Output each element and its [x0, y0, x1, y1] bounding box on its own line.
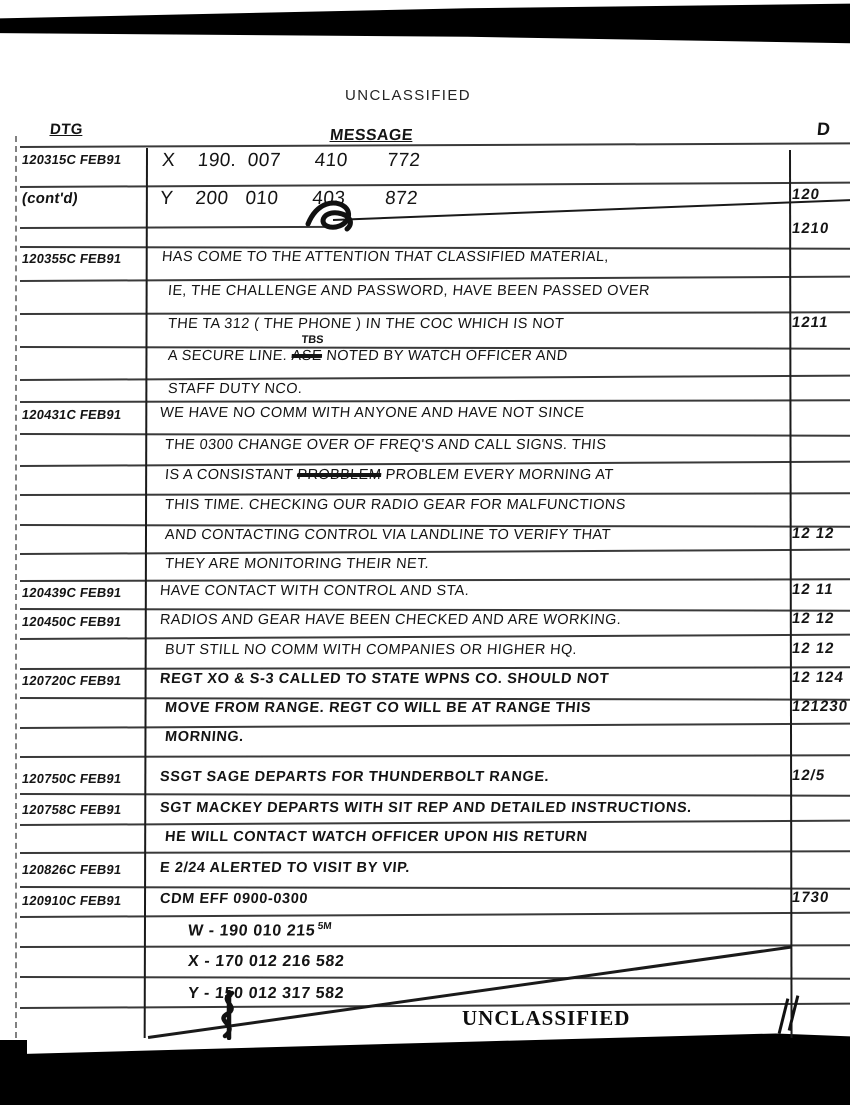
scan-artifact-bottom-band	[26, 1032, 850, 1105]
struck-out-word: ASE	[291, 348, 323, 364]
scan-artifact-top-band	[0, 0, 850, 46]
message-cell: IS A CONSISTANT PROBBLEM PROBLEM EVERY M…	[164, 467, 614, 483]
message-cell: CDM EFF 0900-0300	[159, 891, 308, 907]
ruled-line	[20, 311, 850, 315]
message-cell: REGT XO & S-3 CALLED TO STATE WPNS CO. S…	[159, 671, 610, 687]
dtg-cell: 120439C FEB91	[21, 585, 149, 600]
message-cell: SSGT SAGE DEPARTS FOR THUNDERBOLT RANGE.	[159, 769, 550, 785]
correction-superscript: TBS	[301, 334, 324, 346]
dtg-cell: 120450C FEB91	[21, 614, 149, 629]
message-cell: RADIOS AND GEAR HAVE BEEN CHECKED AND AR…	[159, 612, 622, 628]
right-dtg-fragment: 12 12	[791, 610, 850, 627]
message-cell: THEY ARE MONITORING THEIR NET.	[164, 556, 430, 572]
short-rule	[20, 226, 335, 229]
message-cell: WE HAVE NO COMM WITH ANYONE AND HAVE NOT…	[159, 405, 585, 421]
message-cell: STAFF DUTY NCO.	[167, 381, 303, 397]
ruled-line	[20, 182, 850, 188]
left-margin-line	[15, 136, 17, 1038]
ruled-line	[20, 276, 850, 282]
message-cell: THE TA 312 ( THE PHONE ) IN THE COC WHIC…	[167, 316, 564, 332]
dtg-cell: 120758C FEB91	[21, 802, 149, 817]
ink-scribble-bottom	[212, 990, 246, 1040]
dtg-cell: (cont'd)	[21, 190, 149, 207]
message-cell: Y - 150 012 317 582	[187, 985, 345, 1003]
ruled-line	[20, 944, 850, 948]
right-dtg-fragment: 12 11	[791, 581, 850, 598]
message-cell: X 190. 007 410 772	[161, 150, 421, 172]
right-dtg-fragment: 1210	[791, 220, 850, 237]
message-cell: X - 170 012 216 582	[187, 953, 345, 971]
dtg-cell: 120720C FEB91	[21, 673, 149, 688]
message-cell: HE WILL CONTACT WATCH OFFICER UPON HIS R…	[164, 829, 588, 845]
message-cell: SGT MACKEY DEPARTS WITH SIT REP AND DETA…	[159, 800, 692, 816]
right-dtg-fragment: 12 12	[791, 640, 850, 657]
dtg-cell: 120431C FEB91	[21, 407, 149, 422]
ruled-line	[20, 666, 850, 670]
message-cell: BUT STILL NO COMM WITH COMPANIES OR HIGH…	[164, 642, 577, 658]
ruled-line	[20, 850, 850, 854]
message-cell: W - 190 010 2155M	[187, 921, 332, 940]
message-cell: HAS COME TO THE ATTENTION THAT CLASSIFIE…	[161, 249, 609, 265]
dtg-cell: 120910C FEB91	[21, 893, 149, 908]
ruled-line	[20, 578, 850, 582]
struck-out-word: PROBBLEM	[297, 467, 382, 483]
ruled-line	[20, 399, 850, 403]
classification-banner-top: UNCLASSIFIED	[345, 87, 471, 104]
scan-artifact-corner-bar	[0, 1040, 27, 1105]
message-cell: A SECURE LINE. ASETBS NOTED BY WATCH OFF…	[167, 348, 568, 364]
dtg-cell: 120826C FEB91	[21, 862, 149, 877]
message-cell: E 2/24 ALERTED TO VISIT BY VIP.	[159, 860, 411, 876]
message-cell: THIS TIME. CHECKING OUR RADIO GEAR FOR M…	[164, 497, 626, 513]
message-cell: MOVE FROM RANGE. REGT CO WILL BE AT RANG…	[164, 700, 591, 716]
message-cell: IE, THE CHALLENGE AND PASSWORD, HAVE BEE…	[167, 283, 650, 299]
right-dtg-fragment: 12 12	[791, 525, 850, 542]
ruled-line	[20, 492, 850, 496]
ruled-line	[20, 754, 850, 758]
right-dtg-fragment: 12/5	[791, 767, 850, 784]
message-cell: Y 200 010 403 872	[159, 188, 419, 210]
column-header-right-partial: D	[816, 119, 831, 140]
dtg-cell: 120355C FEB91	[21, 251, 149, 266]
header-rule	[20, 142, 850, 148]
message-cell: THE 0300 CHANGE OVER OF FREQ'S AND CALL …	[164, 437, 607, 453]
scanned-log-page: UNCLASSIFIED UNCLASSIFIED DTG MESSAGE D …	[0, 0, 850, 1105]
classification-banner-bottom: UNCLASSIFIED	[462, 1006, 630, 1031]
superscript-suffix: 5M	[317, 921, 332, 932]
right-dtg-fragment: 1211	[791, 314, 850, 331]
right-dtg-fragment: 12 124	[791, 669, 850, 686]
message-cell: MORNING.	[164, 729, 244, 745]
right-dtg-fragment: 121230	[791, 698, 850, 715]
ink-scribble-top	[303, 196, 361, 234]
right-dtg-fragment: 1730	[791, 889, 850, 906]
message-cell: AND CONTACTING CONTROL VIA LANDLINE TO V…	[164, 527, 611, 543]
dtg-cell: 120750C FEB91	[21, 771, 149, 786]
column-header-message: MESSAGE	[329, 127, 413, 145]
dtg-cell: 120315C FEB91	[21, 152, 149, 167]
stray-slash-mark	[788, 995, 799, 1031]
message-cell: HAVE CONTACT WITH CONTROL AND STA.	[159, 583, 470, 599]
column-header-dtg: DTG	[49, 121, 83, 138]
